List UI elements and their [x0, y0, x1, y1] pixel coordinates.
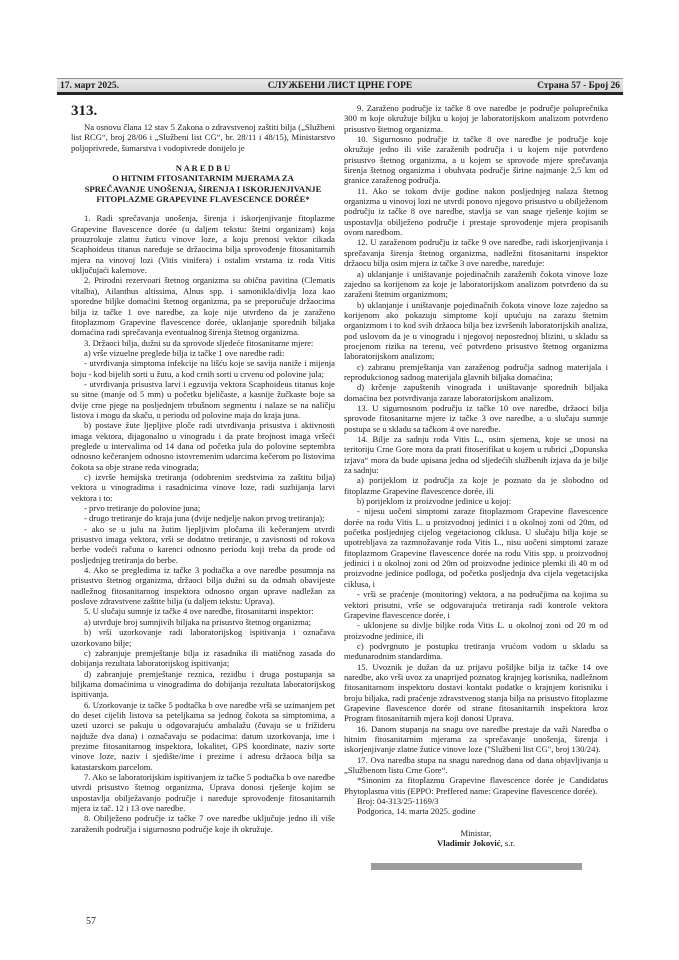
paragraph: 10. Sigurnosno područje iz tačke 8 ove n…	[344, 134, 608, 186]
intro-paragraph: Na osnovu člana 12 stav 5 Zakona o zdrav…	[71, 122, 335, 153]
paragraph: 7. Ako se laboratorijskim ispitivanjem i…	[71, 772, 335, 813]
paragraph: b) uklanjanje i uništavanje pojedinačnih…	[344, 300, 608, 362]
order-title-line: SPREČAVANJE UNOŠENJA, ŠIRENJA I ISKORJEN…	[73, 184, 333, 194]
minister-label: Ministar,	[344, 828, 608, 838]
paragraph: 14. Bilje za sadnju roda Vitis L., osim …	[344, 434, 608, 475]
paragraph: b) vrši uzorkovanje radi laboratorijskog…	[71, 627, 335, 648]
minister-signature-line: Vladimir Joković, s.r.	[344, 838, 608, 848]
paragraph: - nijesu uočeni simptomi zaraze fitoplaz…	[344, 506, 608, 589]
paragraph: 5. U slučaju sumnje iz tačke 4 ove nared…	[71, 606, 335, 616]
paragraph: b) porijeklom iz proizvodne jedinice u k…	[344, 496, 608, 506]
paragraph: - prvo tretiranje do polovine juna;	[71, 503, 335, 513]
paragraph: - uklonjene su divlje biljke roda Vitis …	[344, 620, 608, 641]
paragraph: - vrši se praćenje (monitoring) vektora,…	[344, 589, 608, 620]
paragraph: 4. Ako se pregledima iz tačke 3 podtačka…	[71, 565, 335, 606]
gazette-title: СЛУЖБЕНИ ЛИСТ ЦРНЕ ГОРЕ	[180, 81, 500, 91]
order-title: N A R E D B U O HITNIM FITOSANITARNIM MJ…	[73, 163, 333, 204]
paragraph: a) utvrđuje broj sumnjivih biljaka na pr…	[71, 617, 335, 627]
minister-name: Vladimir Joković	[437, 838, 501, 848]
page-number: 57	[86, 916, 96, 927]
footnote: *Sinonim za fitoplazmu Grapevine flavesc…	[344, 775, 608, 796]
paragraph: c) podvrgnuto je postupku tretiranja vru…	[344, 641, 608, 662]
paragraph: 6. Uzorkovanje iz tačke 5 podtačka b ove…	[71, 700, 335, 772]
article-number: 313.	[71, 103, 335, 120]
left-column: 313. Na osnovu člana 12 stav 5 Zakona o …	[71, 103, 335, 870]
right-column: 9. Zaraženo područje iz tačke 8 ove nare…	[344, 103, 608, 870]
paragraph: 17. Ova naredba stupa na snagu narednog …	[344, 755, 608, 776]
paragraph: d) krčenje zapuštenih vinograda i uništa…	[344, 382, 608, 403]
paragraph: c) zabranjuje premještanje bilja iz rasa…	[71, 648, 335, 669]
paragraph: 3. Držaoci bilja, dužni su da sprovode s…	[71, 338, 335, 348]
minister-block: Ministar, Vladimir Joković, s.r.	[344, 828, 608, 849]
header-page-info: Страна 57 - Број 26	[500, 81, 620, 91]
paragraph: 1. Radi sprečavanja unošenja, širenja i …	[71, 213, 335, 275]
paragraph: - ako se u julu na žutim ljepljivim ploč…	[71, 524, 335, 565]
order-title-line: O HITNIM FITOSANITARNIM MJERAMA ZA	[73, 173, 333, 183]
article-body: 313. Na osnovu člana 12 stav 5 Zakona o …	[71, 103, 608, 870]
gazette-page: 17. март 2025. СЛУЖБЕНИ ЛИСТ ЦРНЕ ГОРЕ С…	[0, 0, 679, 960]
minister-suffix: , s.r.	[501, 838, 515, 848]
paragraph: - drugo tretiranje do kraja juna (dvije …	[71, 513, 335, 523]
paragraph: - utvrđivanja prisustva larvi i egzuvija…	[71, 379, 335, 420]
order-title-line: FITOPLAZME GRAPEVINE FLAVESCENCE DORÉE*	[73, 194, 333, 204]
order-title-line: N A R E D B U	[73, 163, 333, 173]
paragraph: d) zabranjuje premještanje reznica, rezi…	[71, 669, 335, 700]
signature-place-date: Podgorica, 14. marta 2025. godine	[344, 806, 608, 816]
paragraph: a) uklanjanje i uništavanje pojedinačnih…	[344, 269, 608, 300]
page-header: 17. март 2025. СЛУЖБЕНИ ЛИСТ ЦРНЕ ГОРЕ С…	[57, 78, 623, 95]
section-divider-bar	[371, 863, 582, 870]
paragraph: 11. Ako se tokom dvije godine nakon posl…	[344, 186, 608, 238]
paragraph: 9. Zaraženo područje iz tačke 8 ove nare…	[344, 103, 608, 134]
paragraph: 16. Danom stupanja na snagu ove naredbe …	[344, 724, 608, 755]
paragraph: a) vrše vizuelne preglede bilja iz tačke…	[71, 348, 335, 358]
paragraph: 15. Uvoznik je dužan da uz prijavu pošil…	[344, 662, 608, 724]
paragraph: - utvrđivanja simptoma infekcije na lišć…	[71, 358, 335, 379]
paragraph: c) zabranu premještanja van zaraženog po…	[344, 362, 608, 383]
paragraph: a) porijeklom iz područja za koje je poz…	[344, 475, 608, 496]
paragraph: 2. Prirodni rezervoari štetnog organizma…	[71, 275, 335, 337]
paragraph: c) izvrše hemijska tretiranja (odobrenim…	[71, 472, 335, 503]
signature-ref-number: Broj: 04-313/25-1169/3	[344, 796, 608, 806]
paragraph: b) postave žute ljepljive ploče radi utv…	[71, 420, 335, 472]
header-date: 17. март 2025.	[60, 81, 180, 91]
paragraph: 12. U zaraženom području iz tačke 9 ove …	[344, 237, 608, 268]
paragraph: 8. Obilježeno područje iz tačke 7 ove na…	[71, 813, 335, 834]
paragraph: 13. U sigurnosnom području iz tačke 10 o…	[344, 403, 608, 434]
